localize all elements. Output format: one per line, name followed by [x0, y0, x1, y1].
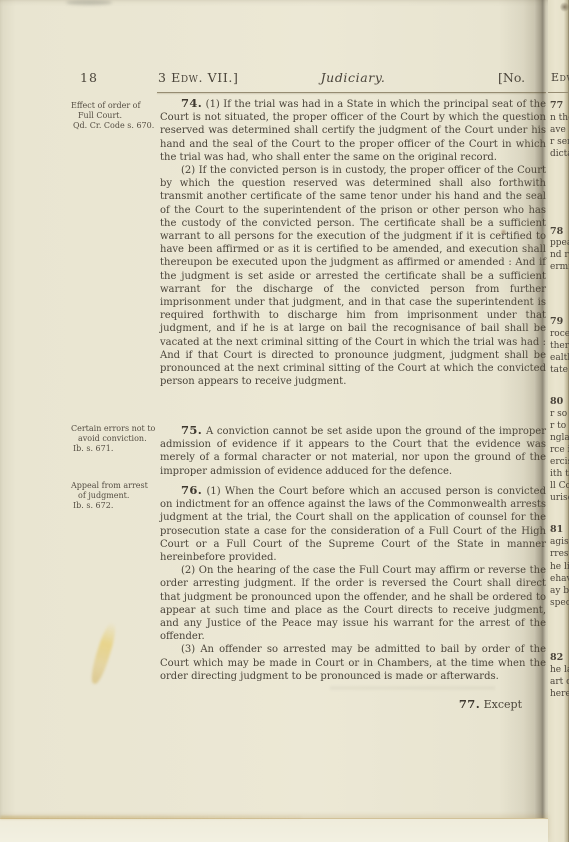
section-number: 75. — [181, 423, 202, 437]
margin-note-effect-of-order: Effect of order of Full Court. Qd. Cr. C… — [71, 101, 157, 131]
paragraph-text: A conviction cannot be set aside upon th… — [160, 426, 546, 477]
next-page-text-fragment: rce i — [550, 445, 569, 455]
next-page-header-rule — [548, 92, 569, 93]
next-page-text-fragment: ll Co — [550, 481, 569, 491]
next-page-text-fragment: ealth, — [550, 353, 569, 363]
catchword: 77. Except — [160, 698, 546, 711]
header-rule — [157, 92, 546, 93]
page-curl-shading — [498, 0, 534, 842]
next-page-text-fragment: he law — [550, 665, 569, 675]
catchword-section-number: 77. — [459, 697, 480, 711]
next-page-text-fragment: n the — [550, 113, 569, 123]
next-page-running-head: Edw — [551, 71, 569, 84]
next-page-text-fragment: ehavio — [550, 574, 569, 584]
next-page-text-fragment: ercis — [550, 457, 569, 467]
next-page-text-fragment: ith t — [550, 469, 569, 479]
margin-note-line: Certain errors not to — [71, 424, 157, 434]
page-number: 18 — [80, 70, 98, 85]
book-gutter-shadow — [534, 0, 548, 842]
next-page-text-fragment: ay b — [550, 586, 569, 596]
subsection-number: (2) — [181, 165, 195, 176]
next-page-text-fragment: 82 — [550, 652, 563, 663]
next-page-text-fragment: ave of — [550, 125, 569, 135]
next-page-text-fragment: 79 — [550, 316, 563, 327]
paragraph-text: When the Court before which an accused p… — [160, 486, 546, 563]
section-76-paragraph-2: (2) On the hearing of the case the Full … — [160, 564, 546, 643]
section-76-paragraph-1: 76. (1) When the Court before which an a… — [160, 484, 546, 564]
section-number: 74. — [181, 96, 202, 110]
next-page-text-fragment: rrests — [550, 549, 569, 559]
margin-note-certain-errors: Certain errors not to avoid conviction. … — [71, 424, 157, 454]
subsection-number: (2) — [181, 565, 195, 576]
deckle-page-edge — [0, 818, 548, 842]
paragraph-text: On the hearing of the case the Full Cour… — [160, 565, 546, 642]
subsection-number: (1) — [206, 486, 220, 497]
next-page-text-fragment: r sen — [550, 137, 569, 147]
next-page-text-fragment: nd ru — [550, 250, 569, 260]
margin-note-line: Full Court. — [71, 111, 157, 121]
next-page-text-fragment: roceed — [550, 329, 569, 339]
next-page-text-fragment: 77 — [550, 100, 563, 111]
foxing-speck — [500, 229, 507, 235]
margin-note-line: avoid conviction. — [71, 434, 157, 444]
subsection-number: (3) — [181, 644, 195, 655]
corner-dark-mark — [560, 2, 569, 12]
next-page-text-fragment: ppear — [550, 238, 569, 248]
next-page-text-fragment: spect — [550, 598, 569, 608]
section-74-paragraph-1: 74. (1) If the trial was had in a State … — [160, 97, 546, 164]
next-page-text-fragment: tate in — [550, 365, 569, 375]
subsection-number: (1) — [206, 99, 220, 110]
top-edge-smudge — [66, 0, 112, 5]
next-page-text-fragment: nglan — [550, 433, 569, 443]
margin-note-appeal-from-arrest: Appeal from arrest of judgment. Ib. s. 6… — [71, 481, 157, 511]
next-page-text-fragment: art of — [550, 677, 569, 687]
next-page-text-fragment: dicta — [550, 149, 569, 159]
margin-note-citation: Ib. s. 672. — [71, 501, 157, 511]
section-75-paragraph: 75. A conviction cannot be set aside upo… — [160, 424, 546, 478]
ink-bleedthrough — [330, 662, 495, 696]
scanned-statute-page: 18 3 Edw. VII.] Judiciary. [No. Effect o… — [0, 0, 569, 842]
next-page-text-fragment: 81 — [550, 524, 563, 535]
margin-note-line: Effect of order of — [71, 101, 157, 111]
next-page-text-fragment: ermitt — [550, 262, 569, 272]
next-page-text-fragment: here t — [550, 689, 569, 699]
next-page-text-fragment: r so fa — [550, 409, 569, 419]
section-74: 74. (1) If the trial was had in a State … — [160, 97, 546, 388]
yellow-stain — [88, 620, 119, 685]
margin-note-line: Appeal from arrest — [71, 481, 157, 491]
next-page-text-fragment: 78 — [550, 226, 563, 237]
next-page-text-fragment: he lik — [550, 562, 569, 572]
margin-note-citation: Ib. s. 671. — [71, 444, 157, 454]
section-74-paragraph-2: (2) If the convicted person is in custod… — [160, 164, 546, 388]
running-head-title: Judiciary. — [160, 70, 546, 85]
next-page-sliver: Edw 77 n the ave of r sen dicta 78 ppear… — [548, 0, 569, 842]
next-page-text-fragment: agistr — [550, 537, 569, 547]
section-number: 76. — [181, 483, 202, 497]
paragraph-text: If the convicted person is in custody, t… — [160, 165, 546, 387]
next-page-text-fragment: therw — [550, 341, 569, 351]
next-page-text-fragment: r to l — [550, 421, 569, 431]
margin-note-line: of judgment. — [71, 491, 157, 501]
next-page-text-fragment: urisdic — [550, 493, 569, 503]
section-75: 75. A conviction cannot be set aside upo… — [160, 424, 546, 478]
next-page-text-fragment: 80 — [550, 396, 563, 407]
margin-note-citation: Qd. Cr. Code s. 670. — [71, 121, 157, 131]
